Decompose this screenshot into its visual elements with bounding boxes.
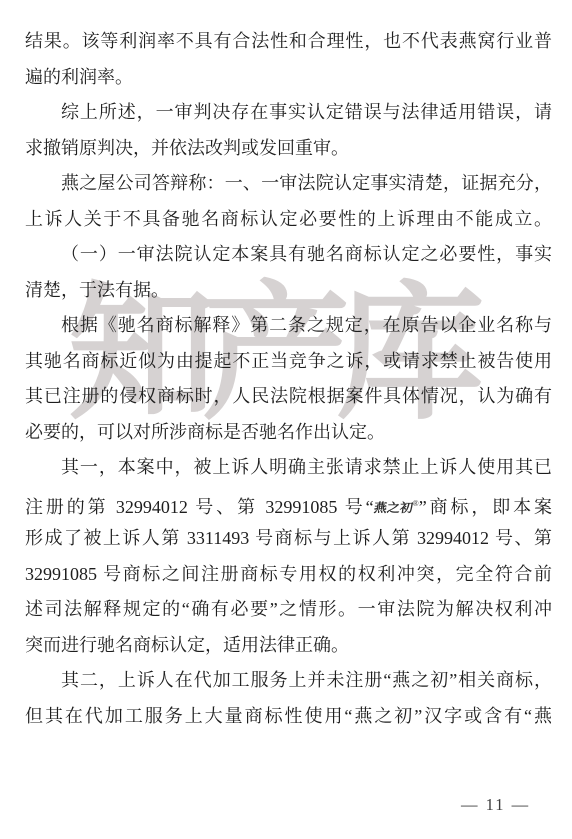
text-line: 根据《驰名商标解释》第二条之规定，在原告以企业名称与 (25, 308, 552, 344)
text-line: 燕之屋公司答辩称：一、一审法院认定事实清楚，证据充分， (25, 166, 552, 202)
text-line: 其已注册的侵权商标时，人民法院根据案件具体情况，认为确有 (25, 379, 552, 415)
text-line: 结果。该等利润率不具有合法性和合理性，也不代表燕窝行业普 (25, 24, 552, 60)
text-line: 32991085 号商标之间注册商标专用权的权利冲突，完全符合前 (25, 557, 552, 593)
text-line-with-trademark: 注册的第 32994012 号、第 32991085 号“燕之初®”商标，即本案 (25, 486, 552, 522)
text-line: 上诉人关于不具备驰名商标认定必要性的上诉理由不能成立。 (25, 202, 552, 238)
text-line: 突而进行驰名商标认定，适用法律正确。 (25, 628, 552, 664)
yanzhichu-trademark-logo: 燕之初 (371, 490, 415, 524)
text-line: 综上所述，一审判决存在事实认定错误与法律适用错误，请 (25, 95, 552, 131)
text-line: （一）一审法院认定本案具有驰名商标认定之必要性，事实 (25, 237, 552, 273)
text-line: 遍的利润率。 (25, 60, 552, 96)
text-line: 述司法解释规定的“确有必要”之情形。一审法院为解决权利冲 (25, 592, 552, 628)
text-line: 形成了被上诉人第 3311493 号商标与上诉人第 32994012 号、第 (25, 521, 552, 557)
text-line: 清楚，于法有据。 (25, 273, 552, 309)
text-line: 其二，上诉人在代加工服务上并未注册“燕之初”相关商标， (25, 663, 552, 699)
text-segment: ”商标，即本案 (419, 497, 552, 517)
document-body: 结果。该等利润率不具有合法性和合理性，也不代表燕窝行业普 遍的利润率。 综上所述… (25, 24, 552, 734)
text-line: 求撤销原判决，并依法改判或发回重审。 (25, 131, 552, 167)
text-line: 但其在代加工服务上大量商标性使用“燕之初”汉字或含有“燕 (25, 699, 552, 735)
text-line: 必要的，可以对所涉商标是否驰名作出认定。 (25, 415, 552, 451)
page-number: — 11 — (461, 795, 530, 815)
scanned-document-page: 知产库 结果。该等利润率不具有合法性和合理性，也不代表燕窝行业普 遍的利润率。 … (0, 0, 572, 839)
text-line: 其驰名商标近似为由提起不正当竞争之诉，或请求禁止被告使用 (25, 344, 552, 380)
text-segment: 注册的第 32994012 号、第 32991085 号“ (25, 497, 374, 517)
text-line: 其一，本案中，被上诉人明确主张请求禁止上诉人使用其已 (25, 450, 552, 486)
